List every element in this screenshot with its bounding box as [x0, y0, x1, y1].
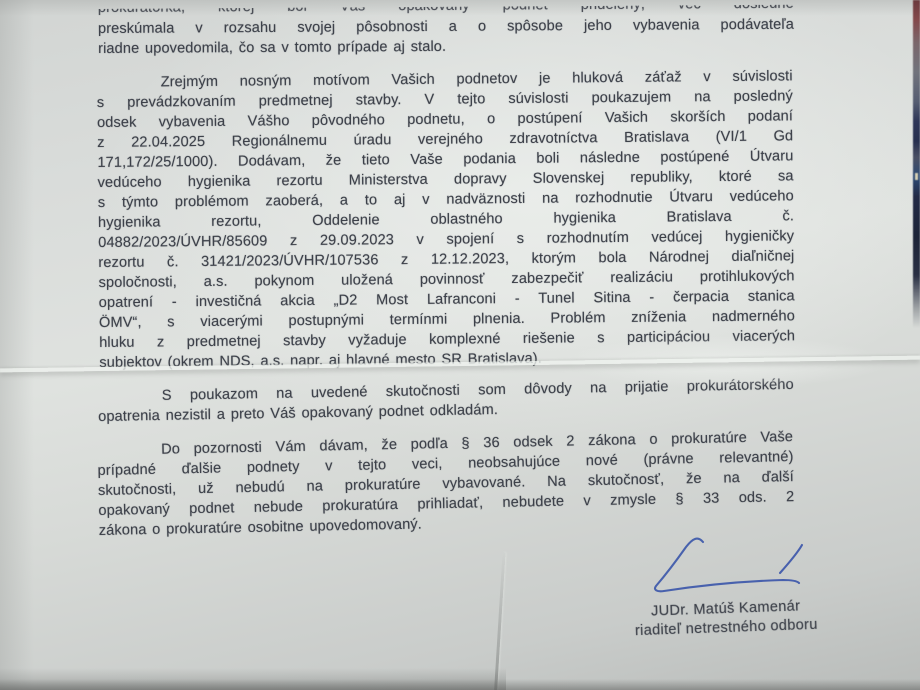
paper-shading-left	[0, 0, 34, 690]
paragraph-2: Zrejmým nosným motívom Vašich podnetov j…	[97, 66, 796, 373]
signatory-block: JUDr. Matúš Kamenár riaditeľ netrestného…	[591, 595, 860, 642]
text-line: preskúmala v rozsahu svojej pôsobnosti a…	[98, 15, 794, 39]
text-line: riadne upovedomila, čo sa v tomto prípad…	[98, 35, 794, 59]
vertical-paper-crease	[494, 552, 506, 690]
clipped-top-line: prokurátorka, ktorej bol Váš opakovaný p…	[98, 5, 794, 16]
paragraph-4: Do pozornosti Vám dávam, že podľa § 36 o…	[97, 427, 795, 541]
paper-shading-bottom	[0, 679, 920, 690]
letter-body: prokurátorka, ktorej bol Váš opakovaný p…	[98, 9, 794, 555]
photo-edge-strip	[913, 0, 920, 328]
letter-photo: prokurátorka, ktorej bol Váš opakovaný p…	[0, 0, 920, 690]
text-line: prokurátorka, ktorej bol Váš opakovaný p…	[98, 5, 794, 16]
signature-ink	[585, 528, 815, 606]
paragraph-1: prokurátorka, ktorej bol Váš opakovaný p…	[98, 5, 794, 59]
photo-edge-fleck	[915, 173, 918, 180]
paper-shading-bottom-left	[0, 668, 506, 690]
